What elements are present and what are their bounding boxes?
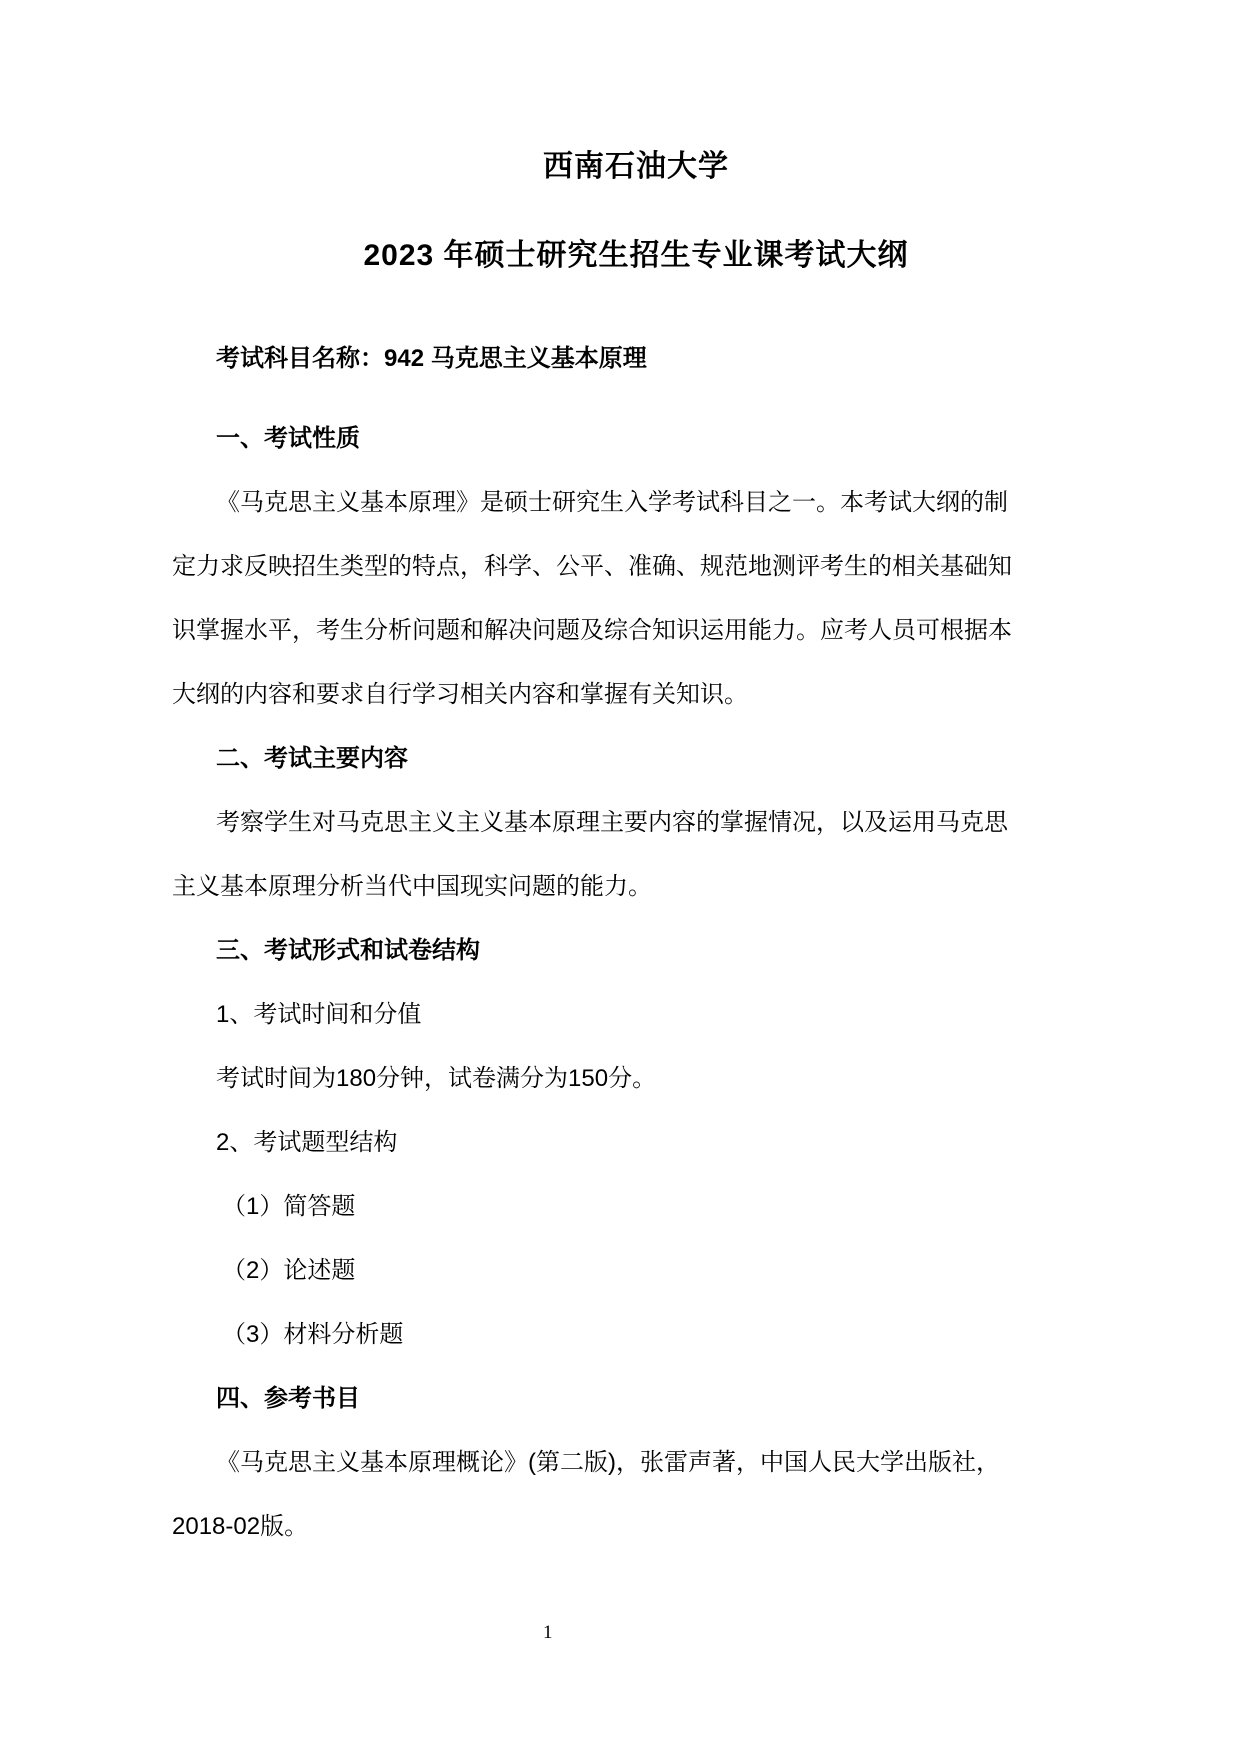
document-page: 西南石油大学 2023 年硕士研究生招生专业课考试大纲 考试科目名称：942 马… <box>0 0 1240 1754</box>
section-4-paragraph-line-1: 《马克思主义基本原理概论》(第二版)，张雷声著，中国人民大学出版社， <box>172 1431 1100 1495</box>
section-3-item-2: 2、考试题型结构 <box>172 1111 1100 1175</box>
section-1-paragraph-line-1: 《马克思主义基本原理》是硕士研究生入学考试科目之一。本考试大纲的制 <box>172 471 1100 535</box>
document-title: 西南石油大学 <box>172 0 1100 184</box>
page-number: 1 <box>543 1622 553 1644</box>
section-2-paragraph-line-1: 考察学生对马克思主义主义基本原理主要内容的掌握情况，以及运用马克思 <box>172 791 1100 855</box>
section-3-item-2-sub-1: （1）简答题 <box>172 1175 1100 1239</box>
section-4-heading: 四、参考书目 <box>172 1367 1100 1431</box>
section-3-item-1: 1、考试时间和分值 <box>172 983 1100 1047</box>
section-3-item-2-sub-3: （3）材料分析题 <box>172 1303 1100 1367</box>
document-subtitle: 2023 年硕士研究生招生专业课考试大纲 <box>172 239 1100 273</box>
section-3-item-2-sub-2: （2）论述题 <box>172 1239 1100 1303</box>
section-3-heading: 三、考试形式和试卷结构 <box>172 919 1100 983</box>
subject-name-line: 考试科目名称：942 马克思主义基本原理 <box>172 327 1100 391</box>
section-1-heading: 一、考试性质 <box>172 407 1100 471</box>
section-1-paragraph-line-3: 识掌握水平，考生分析问题和解决问题及综合知识运用能力。应考人员可根据本 <box>172 599 1100 663</box>
section-2-paragraph-line-2: 主义基本原理分析当代中国现实问题的能力。 <box>172 855 1100 919</box>
section-4-paragraph-line-2: 2018-02版。 <box>172 1495 1100 1559</box>
section-2-heading: 二、考试主要内容 <box>172 727 1100 791</box>
section-3-item-1-detail: 考试时间为180分钟，试卷满分为150分。 <box>172 1047 1100 1111</box>
section-1-paragraph-line-4: 大纲的内容和要求自行学习相关内容和掌握有关知识。 <box>172 663 1100 727</box>
document-body: 考试科目名称：942 马克思主义基本原理 一、考试性质 《马克思主义基本原理》是… <box>172 327 1100 1559</box>
section-1-paragraph-line-2: 定力求反映招生类型的特点，科学、公平、准确、规范地测评考生的相关基础知 <box>172 535 1100 599</box>
document-content: 西南石油大学 2023 年硕士研究生招生专业课考试大纲 考试科目名称：942 马… <box>172 0 1100 1559</box>
